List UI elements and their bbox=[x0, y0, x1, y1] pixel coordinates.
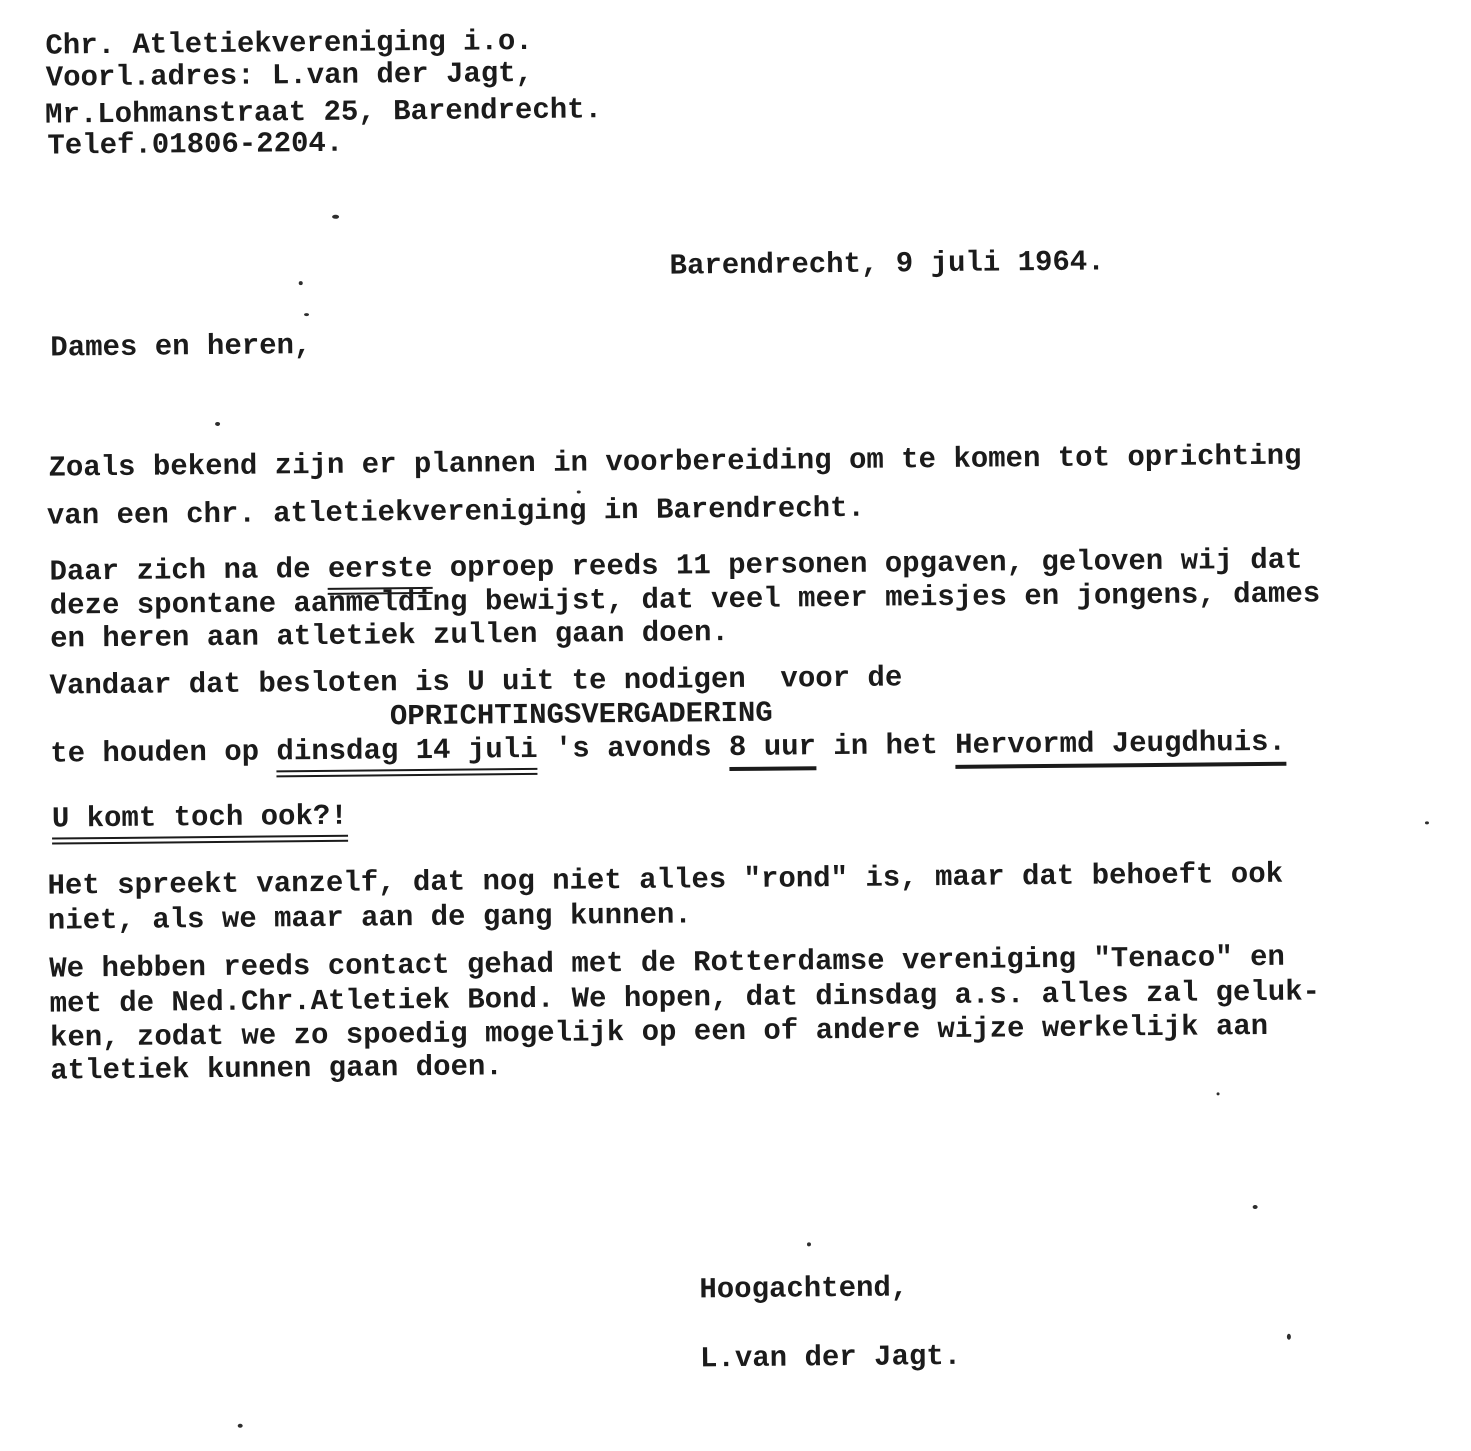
para2-line3: en heren aan atletiek zullen gaan doen. bbox=[50, 618, 729, 654]
scan-speck bbox=[1217, 1092, 1220, 1095]
invitation-line1: Vandaar dat besloten is U uit te nodigen… bbox=[49, 663, 902, 700]
invitation-seg1: te houden op bbox=[50, 735, 277, 770]
date-line: Barendrecht, 9 juli 1964. bbox=[669, 247, 1104, 280]
scan-speck bbox=[332, 215, 339, 219]
scan-speck bbox=[807, 1242, 811, 1246]
meeting-venue: Hervormd Jeugdhuis. bbox=[955, 726, 1286, 769]
meeting-time: 8 uur bbox=[729, 730, 816, 771]
meeting-heading: OPRICHTINGSVERGADERING bbox=[390, 699, 773, 732]
sender-org-line: Chr. Atletiekvereniging i.o. bbox=[45, 27, 533, 61]
sender-phone-line: Telef.01806-2204. bbox=[47, 129, 343, 161]
scan-speck bbox=[1253, 1205, 1258, 1209]
invitation-seg2: 's avonds bbox=[537, 731, 729, 766]
scan-speck bbox=[304, 313, 309, 316]
scanned-letter-page: Chr. Atletiekvereniging i.o. Voorl.adres… bbox=[0, 0, 1471, 1451]
para4-line4: atletiek kunnen gaan doen. bbox=[50, 1052, 503, 1085]
scan-speck bbox=[1287, 1334, 1291, 1340]
scan-speck bbox=[577, 490, 581, 493]
para3-line2: niet, als we maar aan de gang kunnen. bbox=[48, 900, 692, 935]
cta-underlined-text: U komt toch ook?! bbox=[52, 800, 348, 845]
sender-address-line-2: Mr.Lohmanstraat 25, Barendrecht. bbox=[45, 95, 602, 129]
invitation-seg3: in het bbox=[816, 729, 956, 763]
para1-line2: van een chr. atletiekvereniging in Baren… bbox=[47, 494, 865, 531]
salutation: Dames en heren, bbox=[50, 331, 311, 363]
scan-speck bbox=[238, 1424, 243, 1428]
para1-line1: Zoals bekend zijn er plannen in voorbere… bbox=[48, 442, 1301, 483]
scan-speck bbox=[215, 422, 220, 426]
scan-speck bbox=[1425, 821, 1429, 824]
closing-salutation: Hoogachtend, bbox=[699, 1273, 908, 1304]
para2-line1-pre: Daar zich na de bbox=[49, 553, 328, 589]
meeting-date: dinsdag 14 juli bbox=[276, 733, 537, 778]
para3-line1: Het spreekt vanzelf, dat nog niet alles … bbox=[47, 860, 1283, 901]
scan-speck bbox=[299, 281, 303, 285]
invitation-line2: te houden op dinsdag 14 juli 's avonds 8… bbox=[50, 728, 1286, 769]
signature-name: L.van der Jagt. bbox=[700, 1342, 961, 1374]
sender-address-line-1: Voorl.adres: L.van der Jagt, bbox=[46, 59, 534, 93]
cta-line: U komt toch ook?! bbox=[52, 802, 348, 834]
